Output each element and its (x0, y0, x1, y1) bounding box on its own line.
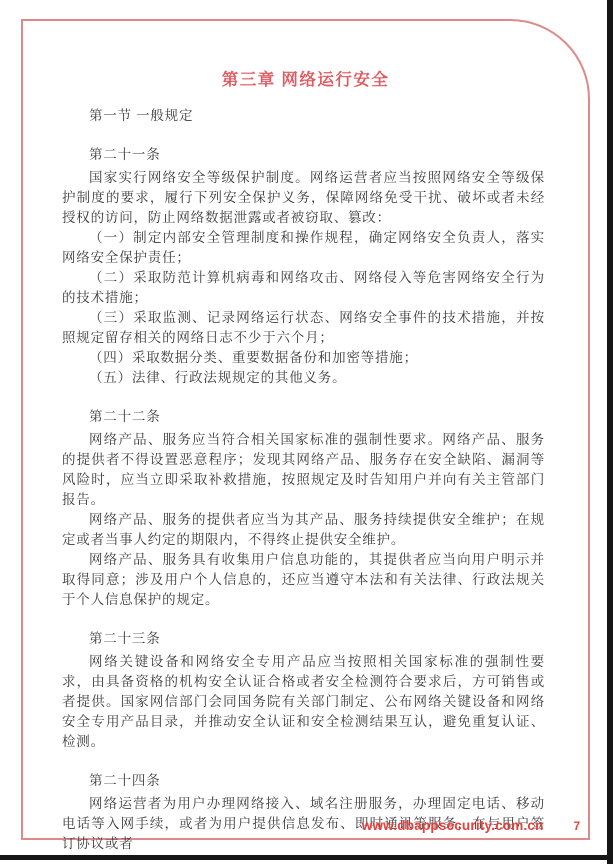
scan-edge-bottom (0, 855, 613, 860)
article-paragraph: 网络产品、服务的提供者应当为其产品、服务持续提供安全维护；在规定或者当事人约定的… (62, 510, 545, 550)
article-24: 第二十四条 网络运营者为用户办理网络接入、域名注册服务，办理固定电话、移动电话等… (62, 771, 545, 854)
article-paragraph: （二）采取防范计算机病毒和网络攻击、网络侵入等危害网络安全行为的技术措施； (62, 268, 545, 308)
article-head: 第二十三条 (62, 629, 545, 649)
scan-edge-right (607, 0, 613, 864)
article-paragraph: 国家实行网络安全等级保护制度。网络运营者应当按照网络安全等级保护制度的要求，履行… (62, 168, 545, 228)
article-paragraph: 网络产品、服务具有收集用户信息功能的，其提供者应当向用户明示并取得同意；涉及用户… (62, 550, 545, 610)
article-paragraph: 网络产品、服务应当符合相关国家标准的强制性要求。网络产品、服务的提供者不得设置恶… (62, 430, 545, 510)
page-footer: www.dbappsecurity.com.cn 7 (62, 818, 580, 833)
page-number: 7 (574, 821, 580, 833)
article-23: 第二十三条 网络关键设备和网络安全专用产品应当按照相关国家标准的强制性要求，由具… (62, 629, 545, 752)
article-paragraph: （四）采取数据分类、重要数据备份和加密等措施； (62, 348, 545, 368)
website-link[interactable]: www.dbappsecurity.com.cn (362, 818, 544, 833)
article-paragraph: （五）法律、行政法规规定的其他义务。 (62, 368, 545, 388)
article-head: 第二十一条 (62, 145, 545, 165)
page-body: 第一节 一般规定 第二十一条 国家实行网络安全等级保护制度。网络运营者应当按照网… (62, 106, 545, 854)
article-paragraph: （三）采取监测、记录网络运行状态、网络安全事件的技术措施，并按照规定留存相关的网… (62, 308, 545, 348)
article-head: 第二十二条 (62, 407, 545, 427)
article-22: 第二十二条 网络产品、服务应当符合相关国家标准的强制性要求。网络产品、服务的提供… (62, 407, 545, 610)
chapter-title: 第三章 网络运行安全 (21, 66, 590, 90)
article-21: 第二十一条 国家实行网络安全等级保护制度。网络运营者应当按照网络安全等级保护制度… (62, 145, 545, 388)
article-paragraph: （一）制定内部安全管理制度和操作规程，确定网络安全负责人，落实网络安全保护责任； (62, 228, 545, 268)
document-page: 第三章 网络运行安全 第一节 一般规定 第二十一条 国家实行网络安全等级保护制度… (0, 0, 613, 864)
section-heading: 第一节 一般规定 (62, 106, 545, 126)
article-head: 第二十四条 (62, 771, 545, 791)
article-paragraph: 网络关键设备和网络安全专用产品应当按照相关国家标准的强制性要求，由具备资格的机构… (62, 652, 545, 752)
